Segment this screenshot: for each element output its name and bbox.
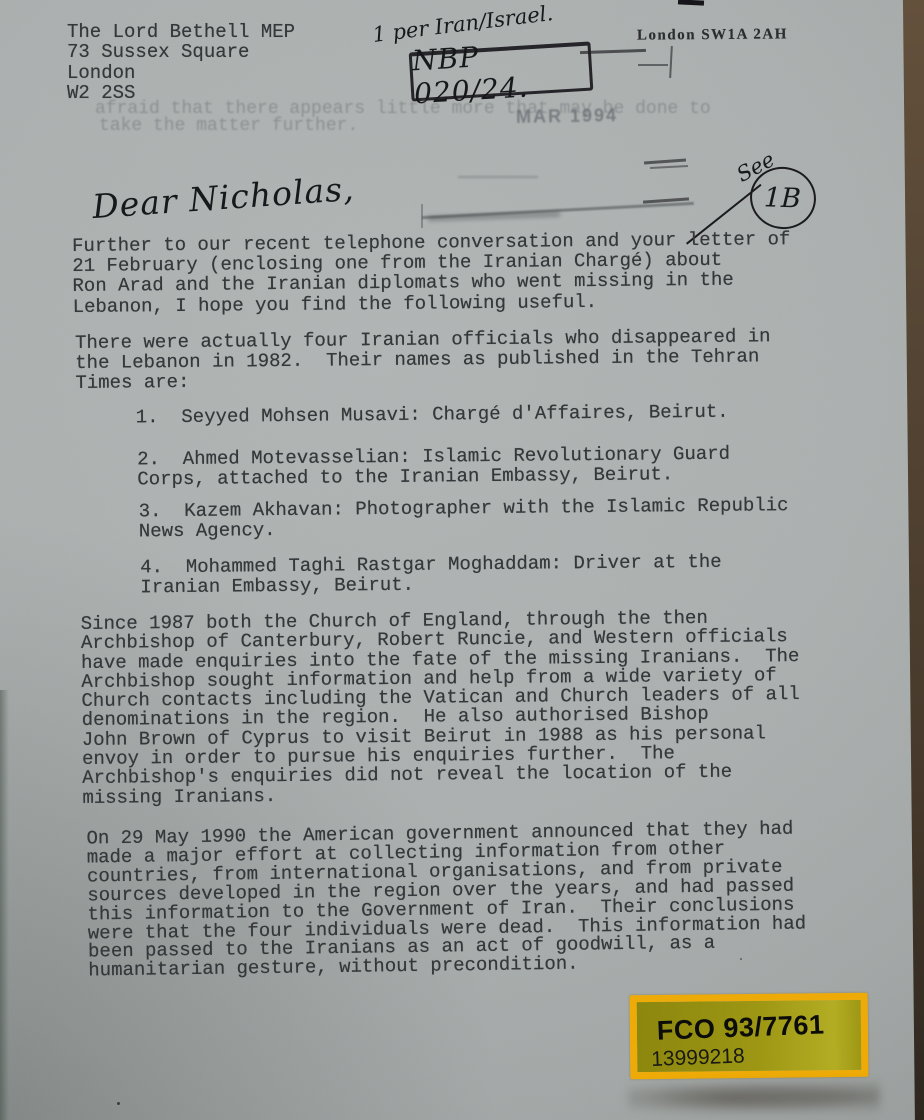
paragraph: On 29 May 1990 the American government a…: [86, 819, 806, 980]
smudge-mark: [650, 165, 688, 169]
text-line: missing Iranians.: [82, 782, 800, 808]
text-line: Corps, attached to the Iranian Embassy, …: [137, 464, 730, 490]
paragraph: There were actually four Iranian officia…: [75, 326, 771, 393]
text-line: 73 Sussex Square: [67, 42, 295, 62]
paragraph: Further to our recent telephone conversa…: [72, 229, 791, 317]
dust-speck: [117, 1102, 120, 1105]
smudge-mark: [421, 204, 423, 228]
circled-reference-text: 1B: [764, 182, 802, 214]
text-line: London: [67, 63, 295, 83]
text-line: News Agency.: [139, 515, 789, 541]
smudge-mark: [428, 212, 560, 222]
salutation: Dear Nicholas,: [91, 169, 356, 226]
scanned-letter-page: The Lord Bethell MEP73 Sussex SquareLond…: [0, 0, 924, 1120]
text-line: The Lord Bethell MEP: [67, 22, 295, 42]
text-line: Times are:: [75, 367, 771, 394]
scan-background-edge: [898, 0, 924, 1120]
archive-label: FCO 93/7761 13999218: [630, 993, 869, 1079]
smudge-mark: [644, 159, 686, 165]
text-line: Iranian Embassy, Beirut.: [140, 572, 722, 598]
pen-tick: [669, 46, 673, 78]
paragraph: Since 1987 both the Church of England, t…: [81, 608, 801, 808]
letter-body: Further to our recent telephone conversa…: [72, 228, 879, 996]
smudge-mark: [458, 176, 538, 178]
bleed-through-text-line: take the matter further.: [99, 116, 358, 136]
paper-left-edge-shadow: [0, 690, 9, 1120]
recipient-address: The Lord Bethell MEP73 Sussex SquareLond…: [67, 22, 295, 104]
cropped-letterhead-mark: [678, 0, 704, 6]
letterhead-postcode: London SW1A 2AH: [637, 26, 788, 44]
dust-speck: [740, 958, 742, 960]
text-line: 1. Seyyed Mohsen Musavi: Chargé d'Affair…: [136, 402, 729, 428]
list-item: 4. Mohammed Taghi Rastgar Moghaddam: Dri…: [140, 552, 722, 598]
list-item: 2. Ahmed Motevasselian: Islamic Revoluti…: [137, 444, 730, 490]
pen-dash: [638, 64, 668, 66]
list-item: 3. Kazem Akhavan: Photographer with the …: [139, 495, 789, 542]
label-shadow-smudge: [628, 1080, 880, 1116]
file-reference-box: NBP 020/24.: [409, 41, 594, 101]
list-item: 1. Seyyed Mohsen Musavi: Chargé d'Affair…: [136, 402, 729, 428]
